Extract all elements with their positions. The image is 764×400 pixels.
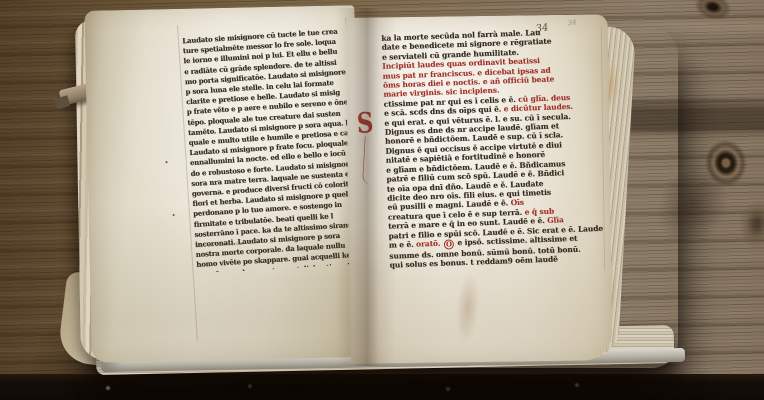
manuscript-text-segment: oratō. [416, 239, 443, 249]
rubricated-initial-s: S [356, 109, 374, 138]
manuscript-text-segment: m e ē. [389, 240, 417, 250]
manuscript-text-segment: Oīs [510, 198, 524, 207]
parchment-stain [450, 263, 486, 353]
table-front-edge [0, 374, 764, 400]
left-page-text-column: Laudato sie misignore cū tucte le tue cr… [182, 26, 360, 274]
right-page-text-column: ka la morte secūda nol farrà male. Lauda… [381, 26, 605, 274]
photo-scene: Laudato sie misignore cū tucte le tue cr… [0, 0, 764, 400]
manuscript-text-segment: Glīa [547, 215, 564, 225]
right-manuscript-page: 34 34 S ka la morte secūda nol farrà mal… [346, 14, 613, 364]
left-manuscript-page: Laudato sie misignore cū tucte le tue cr… [84, 5, 361, 363]
ink-speck [173, 214, 175, 216]
ink-speck [166, 161, 168, 163]
manuscript-text-segment: O [444, 239, 454, 249]
